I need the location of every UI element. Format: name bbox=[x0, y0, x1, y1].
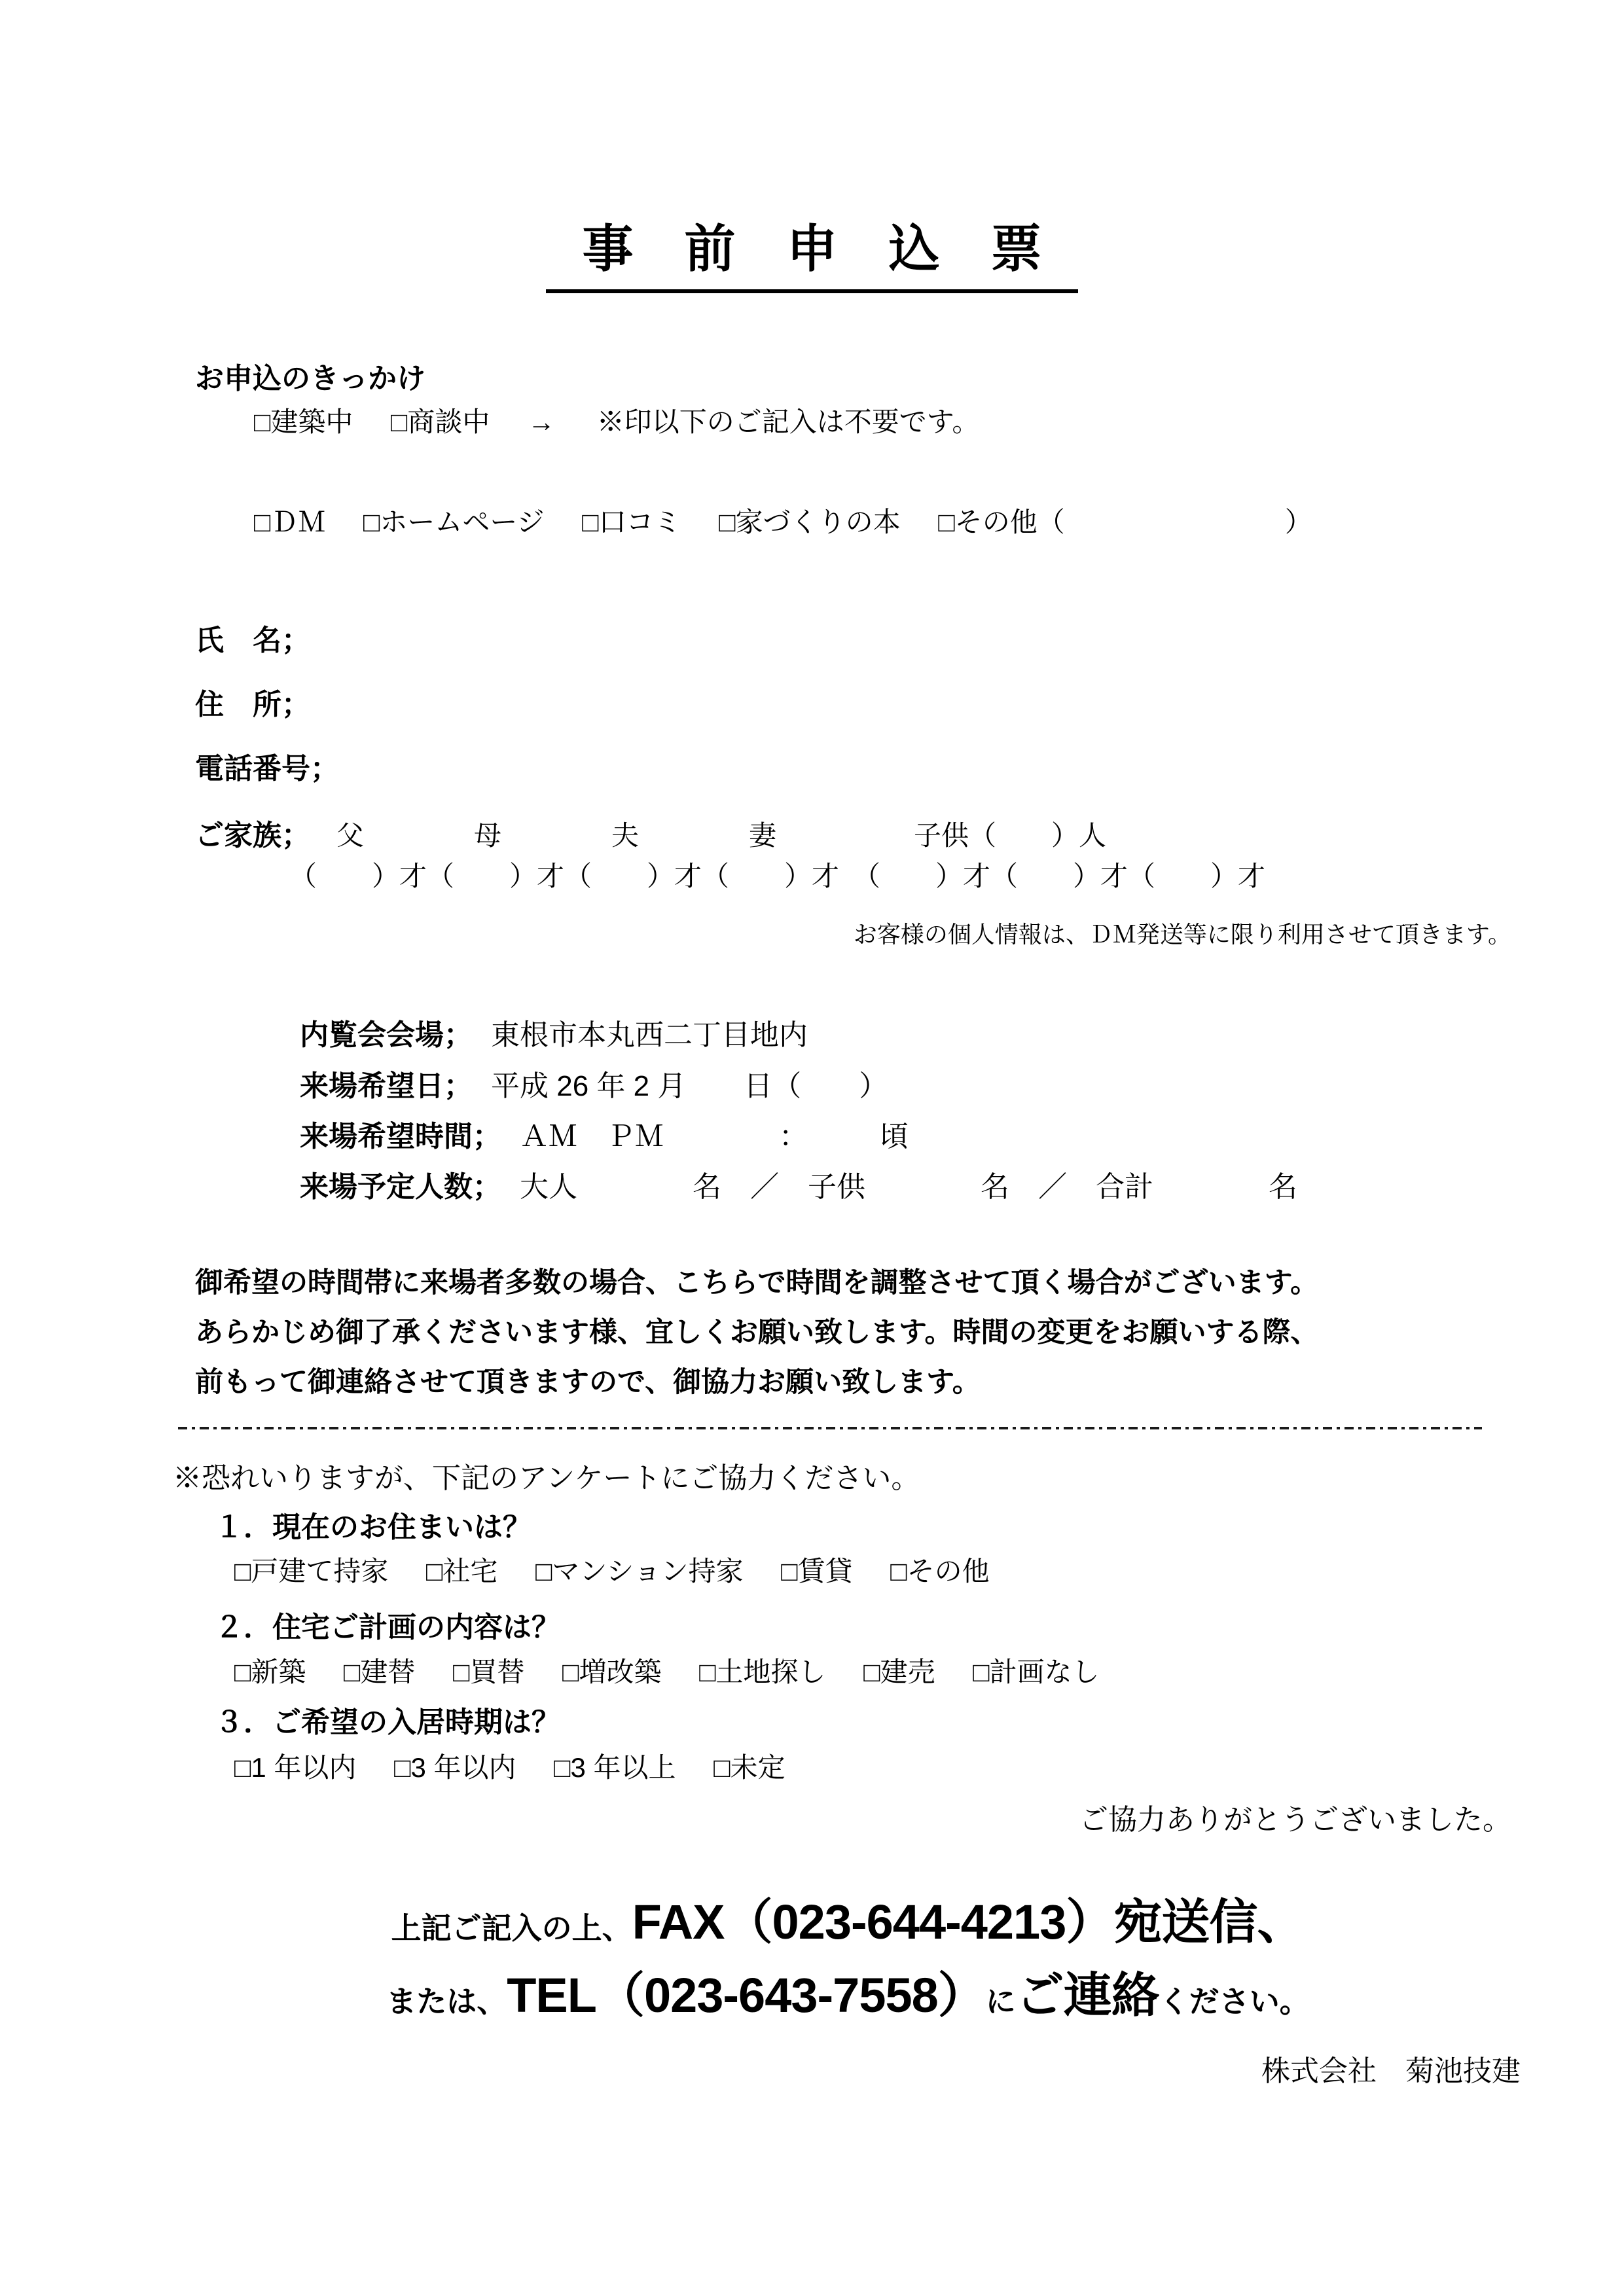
checkbox-option-buy-replace: □買替 bbox=[453, 1651, 524, 1690]
visit-count-value: 大人 名 ／ 子供 名 ／ 合計 名 bbox=[520, 1171, 1297, 1203]
checkbox-option-rental: □賃貸 bbox=[781, 1550, 852, 1589]
family-field-label: ご家族； bbox=[195, 819, 310, 852]
contact-fax-line: 上記ご記入の上、FAX（023-644-4213）宛送信、 bbox=[0, 1884, 1624, 1953]
survey-thanks: ご協力ありがとうございました。 bbox=[1079, 1796, 1511, 1838]
visit-time-row: 来場希望時間；ＡＭ ＰＭ ： 頃 bbox=[300, 1113, 909, 1155]
checkbox-option-in-negotiation: □商談中 bbox=[391, 401, 490, 440]
survey-q2-title: ２．住宅ご計画の内容は？ bbox=[215, 1604, 560, 1645]
visit-count-row: 来場予定人数；大人 名 ／ 子供 名 ／ 合計 名 bbox=[300, 1163, 1297, 1205]
visit-time-label: 来場希望時間； bbox=[300, 1121, 501, 1153]
section-divider bbox=[178, 1427, 1482, 1429]
survey-q3-options: □1 年以内 □3 年以内 □3 年以上 □未定 bbox=[234, 1746, 785, 1785]
survey-intro: ※恐れいりますが、下記のアンケートにご協力ください。 bbox=[173, 1454, 920, 1496]
trigger-status-row: □建築中 □商談中 → ※印以下のご記入は不要です。 bbox=[254, 401, 979, 440]
checkbox-option-company-housing: □社宅 bbox=[426, 1550, 497, 1589]
checkbox-option-homepage: □ホームページ bbox=[363, 501, 545, 540]
checkbox-option-dm: □ＤＭ bbox=[254, 501, 325, 540]
survey-q1-title: １．現在のお住まいは？ bbox=[215, 1503, 532, 1545]
checkbox-option-word-of-mouth: □口コミ bbox=[582, 501, 681, 540]
checkbox-option-new-build: □新築 bbox=[234, 1651, 306, 1690]
checkbox-option-undecided: □未定 bbox=[713, 1746, 785, 1785]
notice-paragraph: 御希望の時間帯に来場者多数の場合、こちらで時間を調整させて頂く場合がございます。… bbox=[195, 1258, 1319, 1407]
family-members-text: 父 母 夫 妻 子供（ ）人 bbox=[336, 820, 1106, 851]
checkbox-option-under-construction: □建築中 bbox=[254, 401, 353, 440]
form-title: 事 前 申 込 票 bbox=[546, 208, 1077, 293]
checkbox-option-extension: □増改築 bbox=[562, 1651, 661, 1690]
venue-value: 東根市本丸西二丁目地内 bbox=[491, 1019, 808, 1051]
venue-label: 内覧会会場； bbox=[300, 1019, 473, 1051]
contact-tel-action: ご連絡 bbox=[1016, 1968, 1159, 2022]
survey-q1-options: □戸建て持家 □社宅 □マンション持家 □賃貸 □その他 bbox=[234, 1550, 990, 1589]
address-field-label: 住 所； bbox=[195, 681, 310, 723]
contact-tel-number: TEL（023-643-7558） bbox=[507, 1968, 986, 2022]
checkbox-option-q1-other: □その他 bbox=[890, 1550, 989, 1589]
notice-line-3: 前もって御連絡させて頂きますので、御協力お願い致します。 bbox=[195, 1357, 1319, 1407]
venue-row: 内覧会会場；東根市本丸西二丁目地内 bbox=[300, 1011, 808, 1053]
notice-line-2: あらかじめ御了承くださいます様、宜しくお願い致します。時間の変更をお願いする際、 bbox=[195, 1308, 1319, 1357]
checkbox-option-within-3yr: □3 年以内 bbox=[394, 1746, 516, 1785]
trigger-source-row: □ＤＭ □ホームページ □口コミ □家づくりの本 □その他（ ） bbox=[254, 501, 1312, 540]
checkbox-option-condo-owned: □マンション持家 bbox=[535, 1550, 743, 1589]
visit-time-value: ＡＭ ＰＭ ： 頃 bbox=[520, 1121, 909, 1153]
checkbox-option-rebuild: □建替 bbox=[344, 1651, 415, 1690]
arrow-right-icon: → bbox=[528, 406, 555, 438]
visit-date-row: 来場希望日；平成 26 年 2 月 日（ ） bbox=[300, 1062, 888, 1104]
visit-date-label: 来場希望日； bbox=[300, 1070, 473, 1102]
notice-line-1: 御希望の時間帯に来場者多数の場合、こちらで時間を調整させて頂く場合がございます。 bbox=[195, 1258, 1319, 1308]
checkbox-option-within-1yr: □1 年以内 bbox=[234, 1746, 356, 1785]
contact-tel-line: または、TEL（023-643-7558）にご連絡ください。 bbox=[0, 1957, 1624, 2026]
phone-field-label: 電話番号； bbox=[195, 745, 339, 787]
checkbox-option-housebuilding-book: □家づくりの本 bbox=[719, 501, 900, 540]
contact-tel-prefix: または、 bbox=[386, 1984, 507, 2018]
checkbox-option-land-search: □土地探し bbox=[699, 1651, 825, 1690]
checkbox-option-over-3yr: □3 年以上 bbox=[554, 1746, 676, 1785]
trigger-status-note: ※印以下のご記入は不要です。 bbox=[597, 406, 980, 437]
survey-q2-options: □新築 □建替 □買替 □増改築 □土地探し □建売 □計画なし bbox=[234, 1651, 1100, 1690]
company-name: 株式会社 菊池技建 bbox=[1261, 2047, 1521, 2089]
contact-tel-particle: に bbox=[986, 1984, 1016, 2018]
visit-count-label: 来場予定人数； bbox=[300, 1171, 501, 1203]
checkbox-option-detached-owned: □戸建て持家 bbox=[234, 1550, 388, 1589]
checkbox-option-spec-home: □建売 bbox=[863, 1651, 935, 1690]
family-field-row: ご家族；父 母 夫 妻 子供（ ）人 bbox=[195, 812, 1106, 853]
contact-fax-number: FAX（023-644-4213）宛送信、 bbox=[632, 1895, 1305, 1949]
checkbox-option-other: □その他（ ） bbox=[938, 501, 1312, 540]
privacy-note: お客様の個人情報は、ＤＭ発送等に限り利用させて頂きます。 bbox=[854, 916, 1511, 950]
name-field-label: 氏 名； bbox=[195, 617, 310, 658]
visit-date-value: 平成 26 年 2 月 日（ ） bbox=[491, 1070, 888, 1102]
checkbox-option-no-plan: □計画なし bbox=[973, 1651, 1099, 1690]
family-ages-text: （ ）才（ ）才（ ）才（ ）才 （ ）才（ ）才（ ）才 bbox=[289, 855, 1265, 894]
survey-q3-title: ３．ご希望の入居時期は？ bbox=[215, 1698, 560, 1740]
title-row: 事 前 申 込 票 bbox=[0, 208, 1624, 293]
document-page: 事 前 申 込 票 お申込のきっかけ □建築中 □商談中 → ※印以下のご記入は… bbox=[0, 0, 1624, 2296]
contact-fax-prefix: 上記ご記入の上、 bbox=[391, 1911, 632, 1945]
trigger-section-header: お申込のきっかけ bbox=[195, 355, 425, 397]
contact-tel-suffix: ください。 bbox=[1159, 1984, 1310, 2018]
